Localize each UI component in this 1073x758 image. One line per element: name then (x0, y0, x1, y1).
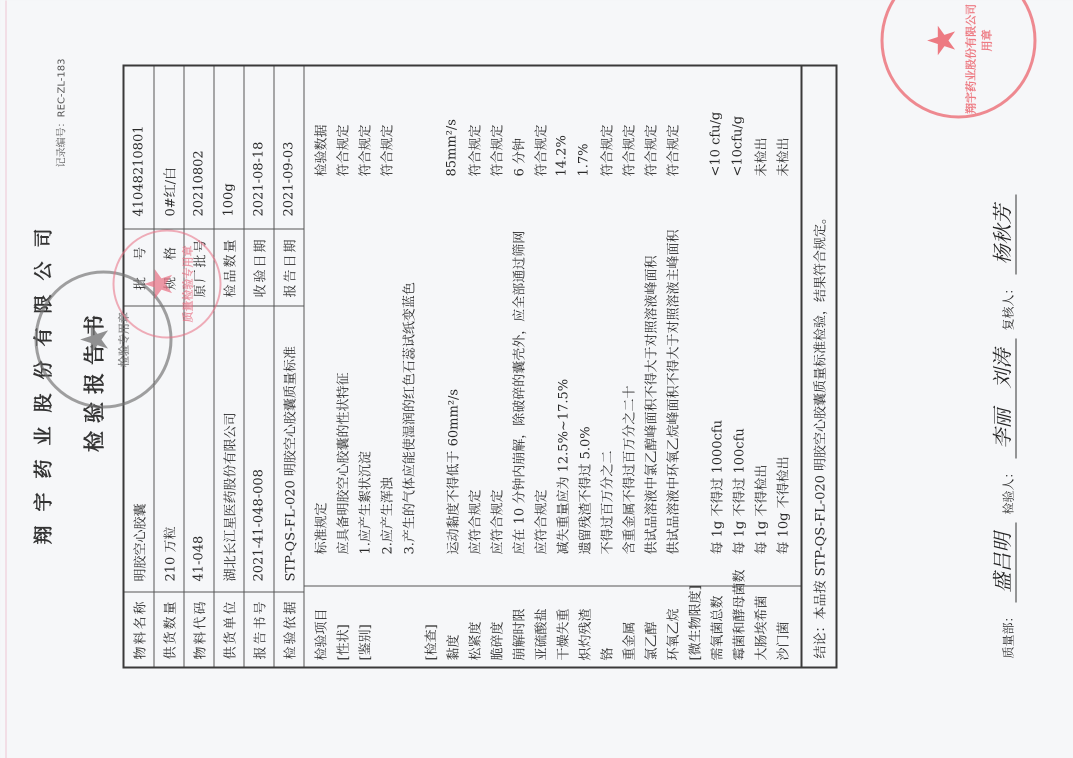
inspector-signature: 李丽 刘涛 (986, 338, 1016, 458)
info-row-supplier: 供货单位 湖北长江星医药股份有限公司 检品数量 100g (214, 66, 244, 666)
item-standard: 遗留残渣不得过 5.0% (574, 184, 593, 560)
item-result: 符合规定 (530, 66, 549, 184)
info-row-report-no: 报告书号 2021-41-048-008 收验日期 2021-08-18 (244, 66, 274, 666)
column-divider (304, 585, 800, 586)
table-row: 炽灼残渣遗留残渣不得过 5.0%1.7% (572, 66, 594, 666)
material-code: 41-048 (184, 305, 213, 591)
label: 供货单位 (214, 591, 243, 666)
label: 物料名称 (124, 591, 153, 666)
manufacturer-batch: 20210802 (184, 66, 213, 228)
table-row: 黏度运动黏度不得低于 60mm²/s85mm²/s (440, 66, 462, 666)
item-result: 符合规定 (640, 66, 659, 184)
label: 检验依据 (274, 591, 303, 666)
table-row: 脆碎度应符合规定符合规定 (484, 66, 506, 666)
item-result: 85mm²/s (444, 66, 459, 184)
table-row: [微生物限度] (682, 66, 704, 666)
star-icon: ★ (139, 245, 179, 322)
batch-number: 41048210801 (124, 66, 153, 228)
table-row: 霉菌和酵母菌数每 1g 不得过 100cfu<10cfu/g (726, 66, 748, 666)
reviewer-signature: 杨秋芳 (986, 194, 1016, 274)
item-name: 大肠埃希菌 (750, 560, 769, 666)
report-date: 2021-09-03 (274, 66, 303, 228)
item-name: 重金属 (618, 560, 637, 666)
item-result: 未检出 (772, 66, 791, 184)
label: 物料代码 (184, 591, 213, 666)
item-name: [性状] (332, 560, 351, 666)
table-row: 大肠埃希菌每 1g 不得检出未检出 (748, 66, 770, 666)
label: 报告书号 (244, 591, 273, 666)
table-row: 崩解时限应在 10 分钟内崩解，除破碎的囊壳外，应全部通过筛网6 分钟 (506, 66, 528, 666)
column-headers: 检验项目 标准规定 检验数据 (308, 66, 330, 666)
items-list: [性状]应具备明胶空心胶囊的性状特征符合规定[鉴别]1.应产生絮状沉淀符合规定2… (330, 66, 792, 666)
supplier: 湖北长江星医药股份有限公司 (214, 305, 243, 591)
header-item: 检验项目 (310, 560, 329, 666)
item-name: 干燥失重 (552, 560, 571, 666)
table-row: [鉴别]1.应产生絮状沉淀符合规定 (352, 66, 374, 666)
info-row-code: 物料代码 41-048 原厂批号 20210802 (184, 66, 214, 666)
report-table: 物料名称 明胶空心胶囊 批 号 41048210801 供货数量 210 万粒 … (122, 64, 837, 668)
item-name: 黏度 (442, 560, 461, 666)
item-standard: 1.应产生絮状沉淀 (354, 184, 373, 560)
item-result: 符合规定 (618, 66, 637, 184)
item-name: [微生物限度] (684, 560, 703, 666)
conclusion: 结论：本品按 STP-QS-FL-020 明胶空心胶囊质量标准检验，结果符合规定… (802, 66, 835, 666)
table-row: 亚硫酸盐应符合规定符合规定 (528, 66, 550, 666)
label: 收验日期 (244, 228, 273, 305)
qa-signature: 盛吕明 (986, 522, 1016, 602)
header-standard: 标准规定 (310, 184, 329, 560)
record-number: 记录编号：REC-ZL-183 (52, 58, 67, 167)
item-name: 脆碎度 (486, 560, 505, 666)
item-standard: 每 10g 不得检出 (772, 184, 791, 560)
item-standard: 含重金属不得过百万分之二十 (618, 184, 637, 560)
item-name: [检查] (420, 560, 439, 666)
item-standard: 每 1g 不得过 1000cfu (706, 184, 725, 560)
item-standard: 应符合规定 (464, 184, 483, 560)
table-row: 沙门菌每 10g 不得检出未检出 (770, 66, 792, 666)
item-name: 铬 (596, 560, 615, 666)
item-standard: 应符合规定 (530, 184, 549, 560)
item-standard: 不得过百万分之二 (596, 184, 615, 560)
table-row: 环氧乙烷供试品溶液中环氧乙烷峰面积不得大于对照溶液主峰面积符合规定 (660, 66, 682, 666)
pink-seal-stamp: ★质量检验专用章 (112, 229, 221, 338)
item-result: 符合规定 (596, 66, 615, 184)
item-standard: 减失重量应为 12.5%~17.5% (552, 184, 571, 560)
star-icon: ★ (922, 0, 962, 115)
item-result: <10 cfu/g (708, 66, 723, 184)
reviewer-label: 复核人： (999, 282, 1016, 330)
item-result: 符合规定 (376, 66, 395, 184)
item-standard: 供试品溶液中氯乙醇峰面积不得大于对照溶液峰面积 (640, 184, 659, 560)
item-standard: 运动黏度不得低于 60mm²/s (442, 184, 461, 560)
item-result: 符合规定 (662, 66, 681, 184)
inspection-basis: STP-QS-FL-020 明胶空心胶囊质量标准 (274, 305, 303, 591)
header-result: 检验数据 (310, 66, 329, 184)
item-standard: 应符合规定 (486, 184, 505, 560)
item-name: [鉴别] (354, 560, 373, 666)
table-row: 重金属含重金属不得过百万分之二十符合规定 (616, 66, 638, 666)
item-name: 需氧菌总数 (706, 560, 725, 666)
specification: 0#红/白 (154, 66, 183, 228)
item-result: 符合规定 (332, 66, 351, 184)
star-icon: ★ (75, 312, 115, 367)
item-result: 未检出 (750, 66, 769, 184)
item-name: 炽灼残渣 (574, 560, 593, 666)
item-result: <10cfu/g (730, 66, 745, 184)
table-row: 干燥失重减失重量应为 12.5%~17.5%14.2% (550, 66, 572, 666)
report-number: 2021-41-048-008 (244, 305, 273, 591)
item-result: 符合规定 (354, 66, 373, 184)
label: 报告日期 (274, 228, 303, 305)
item-standard: 应具备明胶空心胶囊的性状特征 (332, 184, 351, 560)
signature-line: 质量部： 盛吕明 检验人： 李丽 刘涛 复核人： 杨秋芳 (986, 58, 1016, 658)
item-standard: 3.产生的气体应能使湿润的红色石蕊试纸变蓝色 (398, 184, 417, 560)
table-row: 3.产生的气体应能使湿润的红色石蕊试纸变蓝色 (396, 66, 418, 666)
inspector-label: 检验人： (999, 466, 1016, 514)
table-row: [性状]应具备明胶空心胶囊的性状特征符合规定 (330, 66, 352, 666)
qa-label: 质量部： (999, 610, 1016, 658)
inspection-items: 检验项目 标准规定 检验数据 [性状]应具备明胶空心胶囊的性状特征符合规定[鉴别… (304, 66, 802, 666)
item-name: 环氧乙烷 (662, 560, 681, 666)
item-name: 松紧度 (464, 560, 483, 666)
item-result: 6 分钟 (508, 66, 527, 184)
table-row: 2.应产生浑浊符合规定 (374, 66, 396, 666)
table-row: 需氧菌总数每 1g 不得过 1000cfu<10 cfu/g (704, 66, 726, 666)
info-row-basis: 检验依据 STP-QS-FL-020 明胶空心胶囊质量标准 报告日期 2021-… (274, 66, 304, 666)
item-result: 1.7% (576, 66, 591, 184)
item-name: 亚硫酸盐 (530, 560, 549, 666)
label: 供货数量 (154, 591, 183, 666)
item-result: 符合规定 (486, 66, 505, 184)
table-row: 铬不得过百万分之二符合规定 (594, 66, 616, 666)
item-standard: 应在 10 分钟内崩解，除破碎的囊壳外，应全部通过筛网 (508, 184, 527, 560)
item-result: 14.2% (554, 66, 569, 184)
inspection-report-page: 翔宇药业股份有限公司 记录编号：REC-ZL-183 检验报告书 物料名称 明胶… (0, 0, 1073, 758)
item-standard: 2.应产生浑浊 (376, 184, 395, 560)
item-name: 霉菌和酵母菌数 (728, 560, 747, 666)
table-row: 氯乙醇供试品溶液中氯乙醇峰面积不得大于对照溶液峰面积符合规定 (638, 66, 660, 666)
table-row: 松紧度应符合规定符合规定 (462, 66, 484, 666)
item-name: 氯乙醇 (640, 560, 659, 666)
item-result: 符合规定 (464, 66, 483, 184)
page-margin-line (5, 0, 6, 758)
table-row: [检查] (418, 66, 440, 666)
item-name: 崩解时限 (508, 560, 527, 666)
item-name: 沙门菌 (772, 560, 791, 666)
receive-date: 2021-08-18 (244, 66, 273, 228)
item-standard: 每 1g 不得检出 (750, 184, 769, 560)
item-standard: 每 1g 不得过 100cfu (728, 184, 747, 560)
sample-quantity: 100g (214, 66, 243, 228)
item-standard: 供试品溶液中环氧乙烷峰面积不得大于对照溶液主峰面积 (662, 184, 681, 560)
